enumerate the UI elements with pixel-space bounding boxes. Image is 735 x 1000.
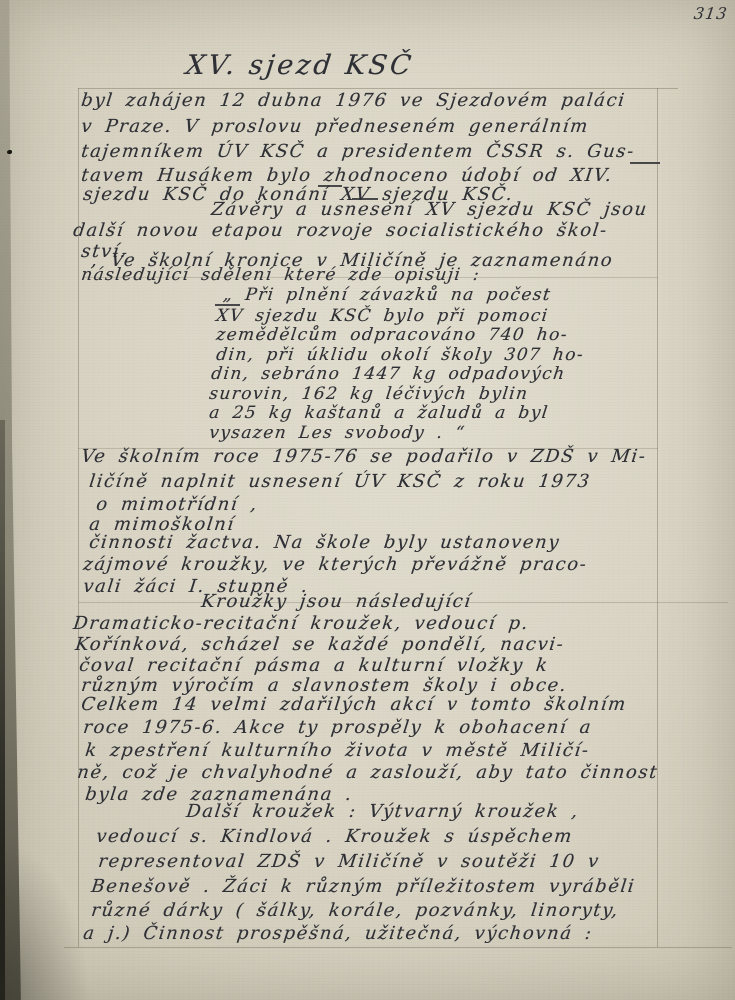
handwritten-line: ně, což je chvalyhodné a zaslouží, aby t… — [76, 762, 659, 783]
handwritten-line: representoval ZDŠ v Miličíně v soutěži 1… — [97, 851, 601, 872]
handwritten-line: o mimotřídní , — [95, 494, 259, 515]
page-title: XV. sjezd KSČ — [184, 50, 416, 81]
handwritten-line: k zpestření kulturního života v městě Mi… — [84, 740, 591, 761]
handwritten-line: zájmové kroužky, ve kterých převážně pra… — [82, 554, 589, 575]
handwritten-line: Další kroužek : Výtvarný kroužek , — [185, 801, 580, 822]
handwritten-line: din, sebráno 1447 kg odpadových — [210, 364, 567, 384]
handwritten-line: činnosti žactva. Na škole byly ustanoven… — [88, 532, 561, 553]
handwritten-line: a j.) Činnost prospěšná, užitečná, výcho… — [82, 923, 594, 944]
handwritten-line: surovin, 162 kg léčivých bylin — [208, 384, 530, 404]
roman-numeral-overline — [318, 185, 342, 187]
handwritten-line: Kroužky jsou následující — [200, 591, 473, 612]
handwritten-line: Celkem 14 velmi zdařilých akcí v tomto š… — [80, 694, 628, 715]
handwritten-line: byl zahájen 12 dubna 1976 ve Sjezdovém p… — [80, 90, 627, 111]
handwritten-line: tavem Husákem bylo zhodnoceno údobí od X… — [80, 165, 614, 186]
handwritten-line: následující sdělení které zde opisuji : — [80, 265, 481, 285]
handwritten-line: ličíně naplnit usnesení ÚV KSČ z roku 19… — [88, 471, 592, 492]
book-binding-shadow — [0, 420, 5, 1000]
handwritten-line: roce 1975-6. Akce ty prospěly k obohacen… — [82, 717, 593, 738]
handwritten-line: din, při úklidu okolí školy 307 ho- — [215, 345, 585, 365]
roman-numeral-overline — [215, 304, 240, 306]
handwritten-line: tajemníkem ÚV KSČ a presidentem ČSSR s. … — [80, 141, 636, 162]
chronicle-scanned-page: 313 XV. sjezd KSČ byl zahájen 12 dubna 1… — [0, 0, 735, 1000]
handwritten-line: čoval recitační pásma a kulturní vložky … — [78, 655, 550, 676]
handwritten-line: Benešově . Žáci k různým příležitostem v… — [90, 876, 637, 897]
handwritten-line: „ Při plnění závazků na počest — [222, 285, 552, 305]
handwritten-line: XV sjezdu KSČ bylo při pomoci — [215, 306, 550, 326]
handwritten-line: vedoucí s. Kindlová . Kroužek s úspěchem — [95, 826, 574, 847]
handwritten-line: zemědělcům odpracováno 740 ho- — [215, 325, 569, 345]
roman-numeral-overline — [352, 198, 378, 200]
roman-numeral-overline — [630, 162, 660, 164]
handwritten-line: různé dárky ( šálky, korále, pozvánky, l… — [90, 900, 620, 921]
pencil-margin-line-left — [78, 88, 79, 947]
handwritten-line: v Praze. V proslovu předneseném generáln… — [80, 116, 590, 137]
handwritten-line: a 25 kg kaštanů a žaludů a byl — [208, 403, 550, 423]
handwritten-line: Kořínková, scházel se každé pondělí, nac… — [74, 634, 566, 655]
page-number: 313 — [693, 4, 729, 23]
handwritten-line: Dramaticko-recitační kroužek, vedoucí p. — [72, 613, 530, 634]
handwritten-line: Závěry a usnesení XV sjezdu KSČ jsou — [210, 199, 649, 220]
handwritten-line: vysazen Les svobody . “ — [208, 423, 467, 443]
ink-speck — [7, 150, 12, 154]
pencil-rule-top — [78, 88, 678, 89]
handwritten-line: další novou etapou rozvoje socialistické… — [72, 220, 609, 241]
handwritten-line: Ve školním roce 1975-76 se podařilo v ZD… — [80, 446, 648, 467]
pencil-rule-bottom — [64, 947, 732, 948]
pencil-margin-line-right — [657, 88, 658, 947]
handwritten-line: různým výročím a slavnostem školy i obce… — [80, 675, 568, 696]
